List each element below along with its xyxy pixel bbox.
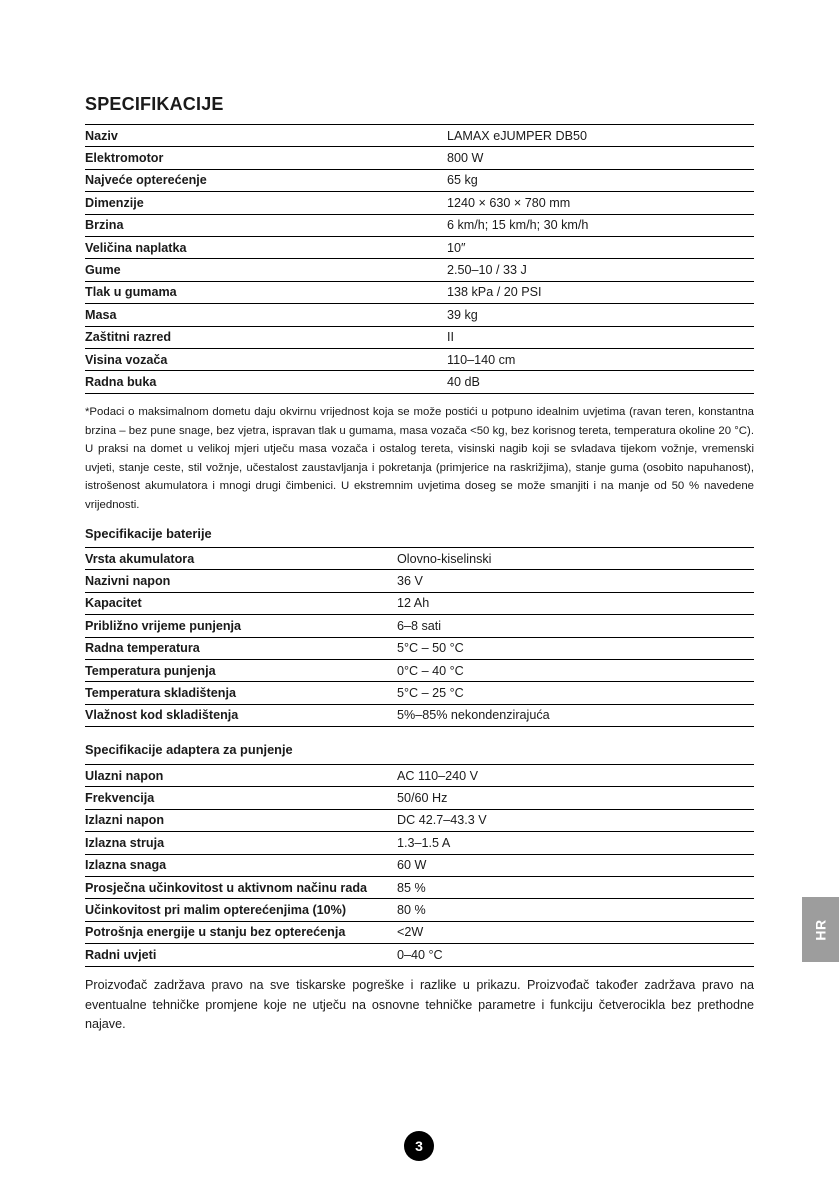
spec-value: 1240 × 630 × 780 mm [447,192,754,214]
spec-label: Naziv [85,125,447,147]
spec-label: Ulazni napon [85,765,397,787]
spec-value: 6 km/h; 15 km/h; 30 km/h [447,214,754,236]
spec-row: Temperatura skladištenja5°C – 25 °C [85,682,754,704]
spec-value: 2.50–10 / 33 J [447,259,754,281]
adapter-specs-table: Ulazni naponAC 110–240 VFrekvencija50/60… [85,764,754,967]
spec-row: Radna buka40 dB [85,371,754,393]
spec-row: Radna temperatura5°C – 50 °C [85,637,754,659]
spec-row: Veličina naplatka10″ [85,236,754,258]
spec-row: Izlazna snaga60 W [85,854,754,876]
spec-label: Izlazna struja [85,832,397,854]
range-note: *Podaci o maksimalnom dometu daju okvirn… [85,403,754,515]
spec-label: Vrsta akumulatora [85,548,397,570]
spec-label: Frekvencija [85,787,397,809]
spec-row: Ulazni naponAC 110–240 V [85,765,754,787]
spec-value: 5°C – 50 °C [397,637,754,659]
spec-label: Tlak u gumama [85,281,447,303]
spec-row: Tlak u gumama138 kPa / 20 PSI [85,281,754,303]
spec-row: Približno vrijeme punjenja6–8 sati [85,615,754,637]
spec-row: NazivLAMAX eJUMPER DB50 [85,125,754,147]
spec-value: 39 kg [447,304,754,326]
spec-row: Potrošnja energije u stanju bez optereće… [85,921,754,943]
spec-value: 12 Ah [397,592,754,614]
spec-row: Brzina6 km/h; 15 km/h; 30 km/h [85,214,754,236]
spec-value: 65 kg [447,169,754,191]
page-title: SPECIFIKACIJE [85,94,224,115]
spec-value: 85 % [397,876,754,898]
spec-value: 1.3–1.5 A [397,832,754,854]
spec-label: Radna buka [85,371,447,393]
spec-value: 5%–85% nekondenzirajuća [397,704,754,726]
main-specs-table: NazivLAMAX eJUMPER DB50Elektromotor800 W… [85,124,754,394]
spec-label: Gume [85,259,447,281]
adapter-specs-heading: Specifikacije adaptera za punjenje [85,742,293,757]
spec-row: Frekvencija50/60 Hz [85,787,754,809]
spec-label: Učinkovitost pri malim opterećenjima (10… [85,899,397,921]
spec-label: Radni uvjeti [85,944,397,966]
spec-row: Visina vozača110–140 cm [85,348,754,370]
spec-label: Kapacitet [85,592,397,614]
spec-value: LAMAX eJUMPER DB50 [447,125,754,147]
spec-value: DC 42.7–43.3 V [397,809,754,831]
spec-label: Temperatura skladištenja [85,682,397,704]
spec-value: Olovno-kiselinski [397,548,754,570]
spec-value: 0–40 °C [397,944,754,966]
spec-value: 36 V [397,570,754,592]
spec-row: Elektromotor800 W [85,147,754,169]
spec-value: <2W [397,921,754,943]
spec-label: Vlažnost kod skladištenja [85,704,397,726]
spec-label: Zaštitni razred [85,326,447,348]
spec-label: Visina vozača [85,348,447,370]
spec-label: Izlazna snaga [85,854,397,876]
spec-row: Učinkovitost pri malim opterećenjima (10… [85,899,754,921]
spec-label: Dimenzije [85,192,447,214]
spec-label: Temperatura punjenja [85,659,397,681]
spec-label: Radna temperatura [85,637,397,659]
spec-label: Najveće opterećenje [85,169,447,191]
spec-value: 6–8 sati [397,615,754,637]
spec-value: 800 W [447,147,754,169]
spec-value: 110–140 cm [447,348,754,370]
spec-label: Približno vrijeme punjenja [85,615,397,637]
spec-row: Izlazni naponDC 42.7–43.3 V [85,809,754,831]
spec-row: Najveće opterećenje65 kg [85,169,754,191]
spec-row: Vlažnost kod skladištenja5%–85% nekonden… [85,704,754,726]
spec-value: 10″ [447,236,754,258]
spec-value: 50/60 Hz [397,787,754,809]
spec-row: Izlazna struja1.3–1.5 A [85,832,754,854]
spec-row: Gume2.50–10 / 33 J [85,259,754,281]
spec-row: Zaštitni razredII [85,326,754,348]
disclaimer-text: Proizvođač zadržava pravo na sve tiskars… [85,976,754,1035]
spec-value: 138 kPa / 20 PSI [447,281,754,303]
spec-value: 40 dB [447,371,754,393]
spec-value: 0°C – 40 °C [397,659,754,681]
spec-value: 60 W [397,854,754,876]
spec-value: II [447,326,754,348]
battery-specs-table: Vrsta akumulatoraOlovno-kiselinskiNazivn… [85,547,754,727]
spec-row: Dimenzije1240 × 630 × 780 mm [85,192,754,214]
spec-row: Kapacitet12 Ah [85,592,754,614]
spec-row: Radni uvjeti0–40 °C [85,944,754,966]
language-tab: HR [802,897,839,962]
spec-row: Masa39 kg [85,304,754,326]
spec-row: Temperatura punjenja0°C – 40 °C [85,659,754,681]
spec-value: 80 % [397,899,754,921]
spec-row: Nazivni napon36 V [85,570,754,592]
spec-row: Vrsta akumulatoraOlovno-kiselinski [85,548,754,570]
language-label: HR [812,919,828,940]
spec-label: Veličina naplatka [85,236,447,258]
spec-row: Prosječna učinkovitost u aktivnom načinu… [85,876,754,898]
spec-label: Nazivni napon [85,570,397,592]
spec-label: Prosječna učinkovitost u aktivnom načinu… [85,876,397,898]
spec-label: Elektromotor [85,147,447,169]
spec-value: 5°C – 25 °C [397,682,754,704]
spec-value: AC 110–240 V [397,765,754,787]
spec-label: Potrošnja energije u stanju bez optereće… [85,921,397,943]
page-number: 3 [404,1131,434,1161]
spec-label: Brzina [85,214,447,236]
spec-label: Izlazni napon [85,809,397,831]
battery-specs-heading: Specifikacije baterije [85,526,212,541]
spec-label: Masa [85,304,447,326]
